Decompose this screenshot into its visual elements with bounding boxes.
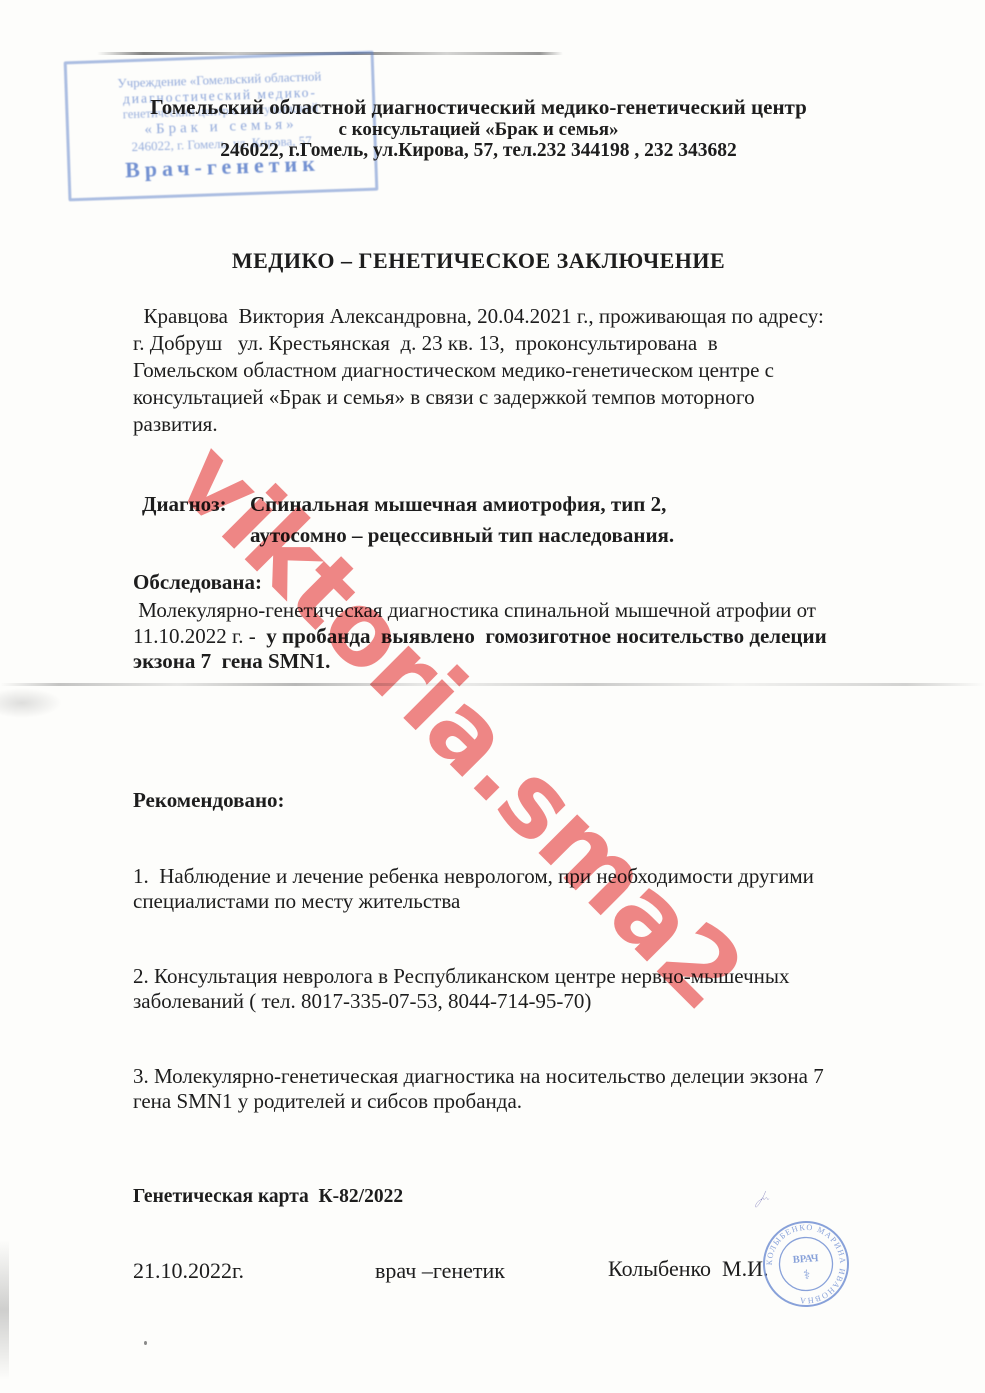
clinic-address-line: 246022, г.Гомель, ул.Кирова, 57, тел.232…	[0, 140, 971, 162]
clinic-name-line: Гомельский областной диагностический мед…	[0, 96, 971, 119]
recommendation-item-3: 3. Молекулярно-генетическая диагностика …	[133, 1064, 963, 1114]
examined-paragraph: Молекулярно-генетическая диагностика спи…	[133, 598, 953, 675]
doctor-signature	[720, 1190, 890, 1350]
doctor-role: врач –генетик	[375, 1258, 505, 1284]
issue-date: 21.10.2022г.	[133, 1258, 244, 1284]
signature-stroke-loop	[756, 1191, 766, 1207]
signature-stroke-m	[761, 1198, 769, 1200]
scan-edge-shadow	[0, 1240, 9, 1380]
recommendations-heading: Рекомендовано:	[133, 788, 285, 813]
clinic-subname-line: с консультацией «Брак и семья»	[0, 119, 971, 140]
document-title: МЕДИКО – ГЕНЕТИЧЕСКОЕ ЗАКЛЮЧЕНИЕ	[0, 248, 971, 274]
recommendation-item-2: 2. Консультация невролога в Республиканс…	[133, 964, 963, 1014]
clinic-header: Гомельский областной диагностический мед…	[0, 96, 971, 162]
scan-smudge	[0, 688, 62, 718]
document-page: Учреждение «Гомельский областной диагнос…	[0, 0, 985, 1393]
scan-speck	[144, 1341, 147, 1345]
genetic-card-number: Генетическая карта К-82/2022	[133, 1186, 403, 1208]
intro-paragraph: Кравцова Виктория Александровна, 20.04.2…	[133, 303, 953, 438]
